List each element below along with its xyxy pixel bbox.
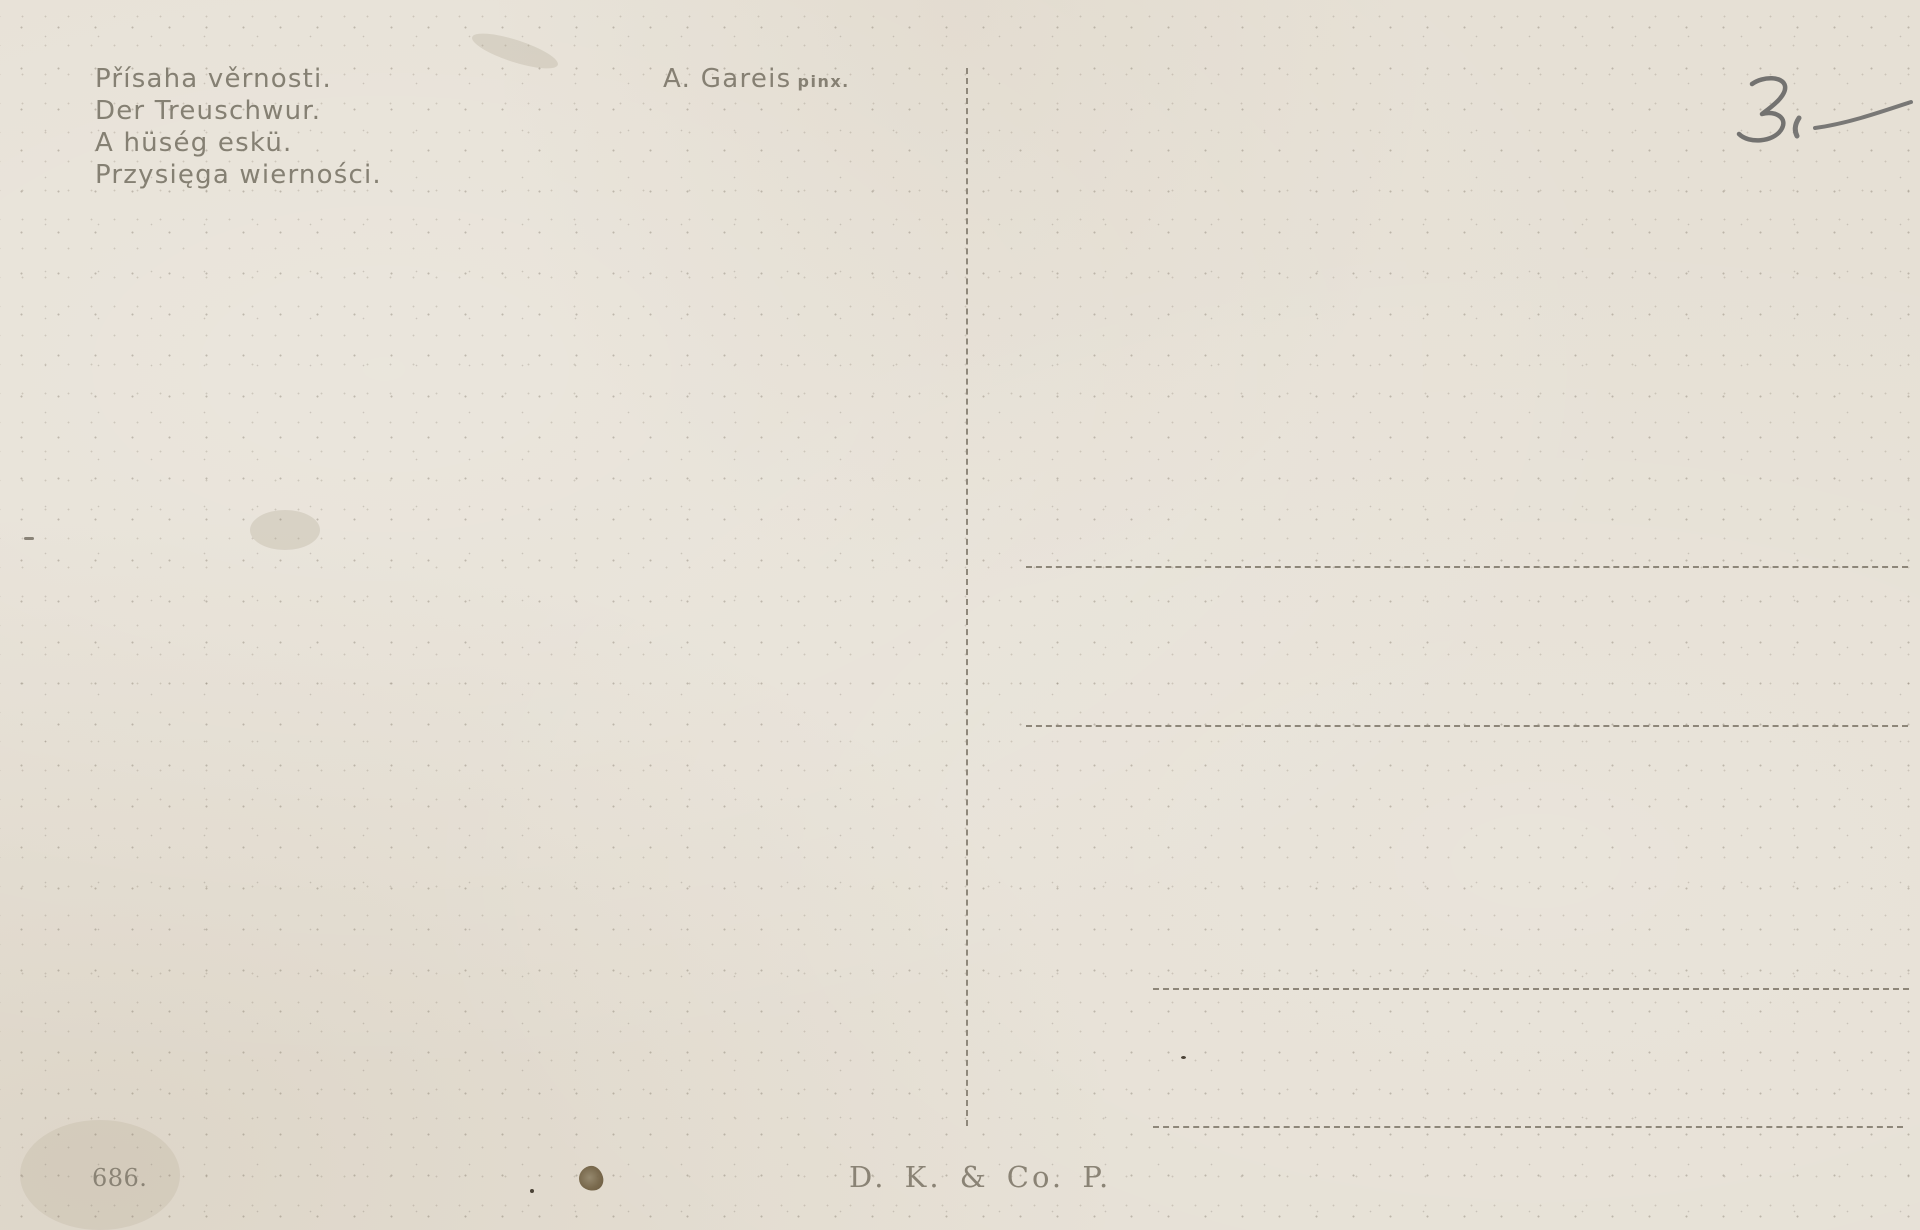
caption-title-block: Přísaha věrnosti. Der Treuschwur. A hüsé… <box>95 63 382 191</box>
speck <box>24 537 34 540</box>
postcard-back: Přísaha věrnosti. Der Treuschwur. A hüsé… <box>0 0 1920 1230</box>
paper-stain <box>469 27 561 76</box>
speck <box>1181 1056 1186 1059</box>
caption-hungarian: A hüség eskü. <box>95 127 382 159</box>
address-line-2 <box>1026 725 1908 727</box>
artist-name: A. Gareis <box>663 64 792 94</box>
handwritten-price: 3.– <box>1725 68 1915 158</box>
ink-blot <box>576 1163 606 1193</box>
publisher-imprint: D. K. & Co. P. <box>849 1160 1111 1194</box>
artist-pinx: pinx. <box>798 72 850 91</box>
address-line-4 <box>1153 1126 1903 1128</box>
address-line-3 <box>1153 988 1909 990</box>
catalog-number: 686. <box>92 1164 147 1192</box>
message-address-divider <box>966 68 968 1126</box>
speck <box>530 1189 534 1193</box>
address-line-1 <box>1026 566 1908 568</box>
caption-czech: Přísaha věrnosti. <box>95 63 382 95</box>
caption-polish: Przysięga wierności. <box>95 159 382 191</box>
artist-credit: A. Gareispinx. <box>663 63 850 98</box>
caption-german: Der Treuschwur. <box>95 95 382 127</box>
pencil-mark-icon <box>1725 68 1915 158</box>
paper-stain <box>250 510 320 550</box>
